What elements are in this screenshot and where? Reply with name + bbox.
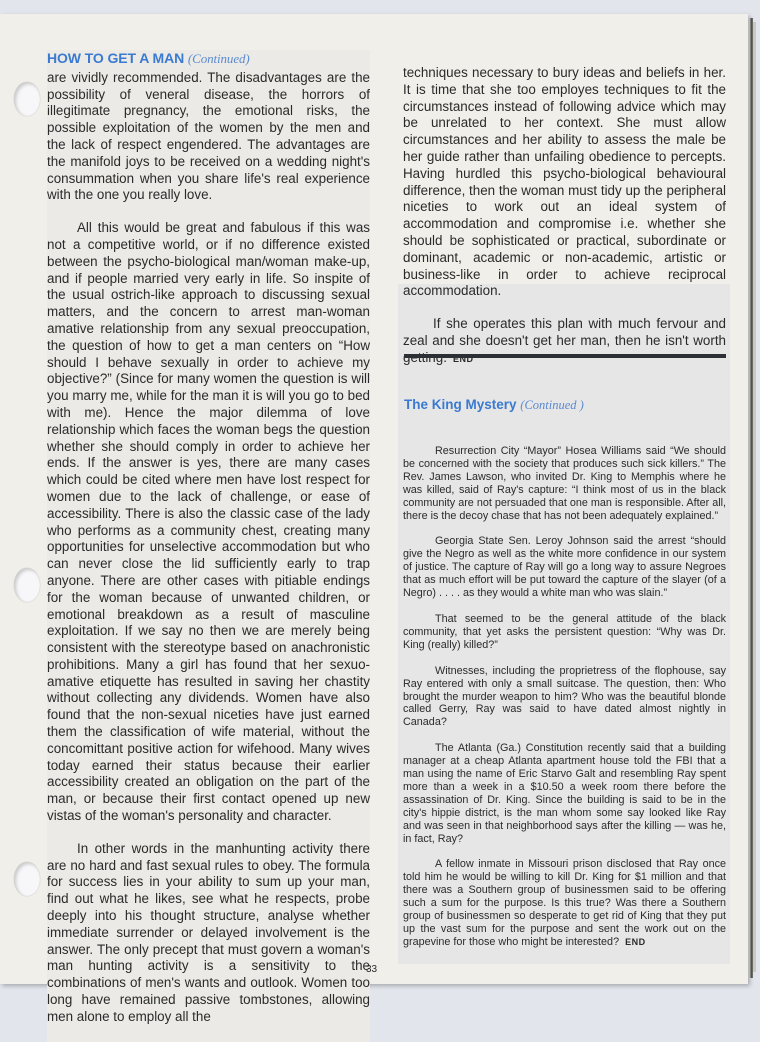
paragraph-text: A fellow inmate in Missouri prison discl…	[403, 858, 726, 947]
continued-label: (Continued)	[188, 51, 250, 66]
paragraph: All this would be great and fabulous if …	[47, 220, 370, 825]
article-right-top-column: techniques necessary to bury ideas and b…	[403, 65, 726, 384]
paragraph: A fellow inmate in Missouri prison discl…	[403, 858, 726, 948]
paragraph: are vividly recommended. The disadvantag…	[47, 70, 370, 204]
page-edge-under	[753, 22, 756, 972]
end-mark: END	[625, 937, 646, 947]
article-headline-king: The King Mystery (Continued )	[404, 397, 584, 413]
paragraph: In other words in the manhunting activit…	[47, 841, 370, 1000]
magazine-page: HOW TO GET A MAN (Continued) are vividly…	[0, 14, 748, 984]
continued-label: (Continued )	[520, 398, 584, 412]
paragraph: If she operates this plan with much ferv…	[403, 316, 726, 367]
paragraph: Witnesses, including the proprietress of…	[403, 665, 726, 730]
paragraph: Georgia State Sen. Leroy Johnson said th…	[403, 535, 726, 600]
headline-text: The King Mystery	[404, 397, 517, 412]
binder-hole-bottom	[14, 862, 40, 896]
paragraph: Resurrection City “Mayor” Hosea Williams…	[403, 445, 726, 522]
article-right-bottom-column: Resurrection City “Mayor” Hosea Williams…	[403, 445, 726, 962]
binder-hole-top	[14, 82, 40, 116]
article-headline: HOW TO GET A MAN (Continued)	[47, 50, 370, 68]
paragraph: The Atlanta (Ga.) Constitution recently …	[403, 742, 726, 845]
paragraph: That seemed to be the general attitude o…	[403, 613, 726, 652]
article-left-column: HOW TO GET A MAN (Continued) are vividly…	[47, 50, 370, 1000]
section-divider	[404, 354, 726, 358]
paragraph: techniques necessary to bury ideas and b…	[403, 65, 726, 300]
headline-text: HOW TO GET A MAN	[47, 50, 184, 66]
page-number: 33	[366, 964, 377, 975]
binder-hole-middle	[14, 568, 40, 602]
